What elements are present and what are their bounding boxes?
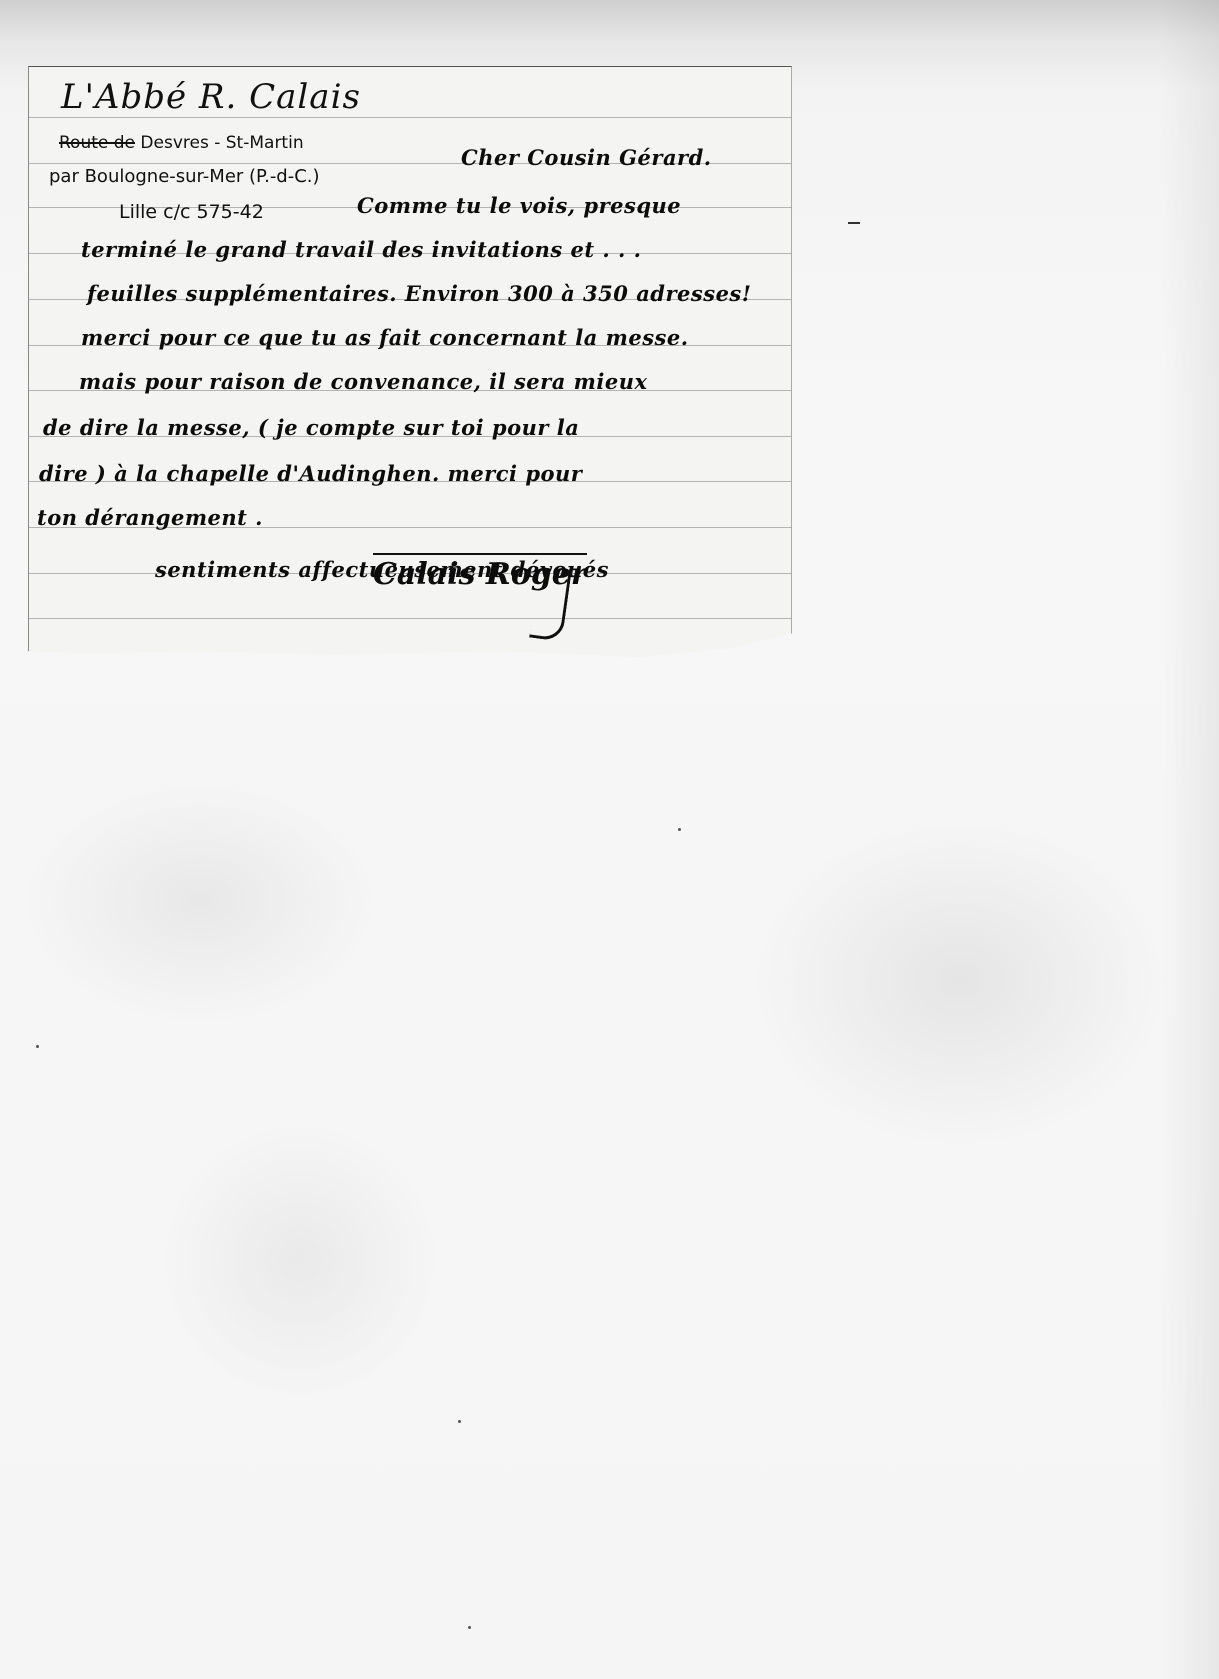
letterhead-account: Lille c/c 575-42: [119, 201, 264, 223]
scan-speck: [458, 1420, 461, 1423]
scan-edge-shadow: [1159, 0, 1219, 1679]
letterhead-address-1: Route de Desvres - St-Martin: [59, 133, 304, 153]
body-line-5: mais pour raison de convenance, il sera …: [79, 369, 648, 394]
body-line-7: dire ) à la chapelle d'Audinghen. merci …: [39, 461, 582, 486]
letterhead-address-2: par Boulogne-sur-Mer (P.-d-C.): [49, 166, 320, 187]
scan-mark: [848, 222, 860, 224]
salutation: Cher Cousin Gérard.: [461, 145, 712, 170]
scan-speck: [36, 1045, 39, 1048]
body-line-8: ton dérangement .: [37, 505, 263, 530]
body-line-4: merci pour ce que tu as fait concernant …: [81, 325, 689, 350]
body-line-3: feuilles supplémentaires. Environ 300 à …: [87, 281, 751, 306]
letter-card: L'Abbé R. Calais Route de Desvres - St-M…: [28, 66, 792, 657]
body-line-2: terminé le grand travail des invitations…: [81, 237, 641, 262]
body-line-6: de dire la messe, ( je compte sur toi po…: [43, 415, 579, 440]
letterhead-address-rest: Desvres - St-Martin: [140, 133, 303, 153]
ruled-line: [29, 117, 791, 118]
body-line-1: Comme tu le vois, presque: [357, 193, 681, 218]
letterhead-address-struck: Route de: [59, 133, 135, 153]
ruled-line: [29, 618, 791, 619]
letterhead-name: L'Abbé R. Calais: [61, 77, 361, 117]
scan-speck: [468, 1626, 471, 1629]
scan-speck: [678, 828, 681, 831]
